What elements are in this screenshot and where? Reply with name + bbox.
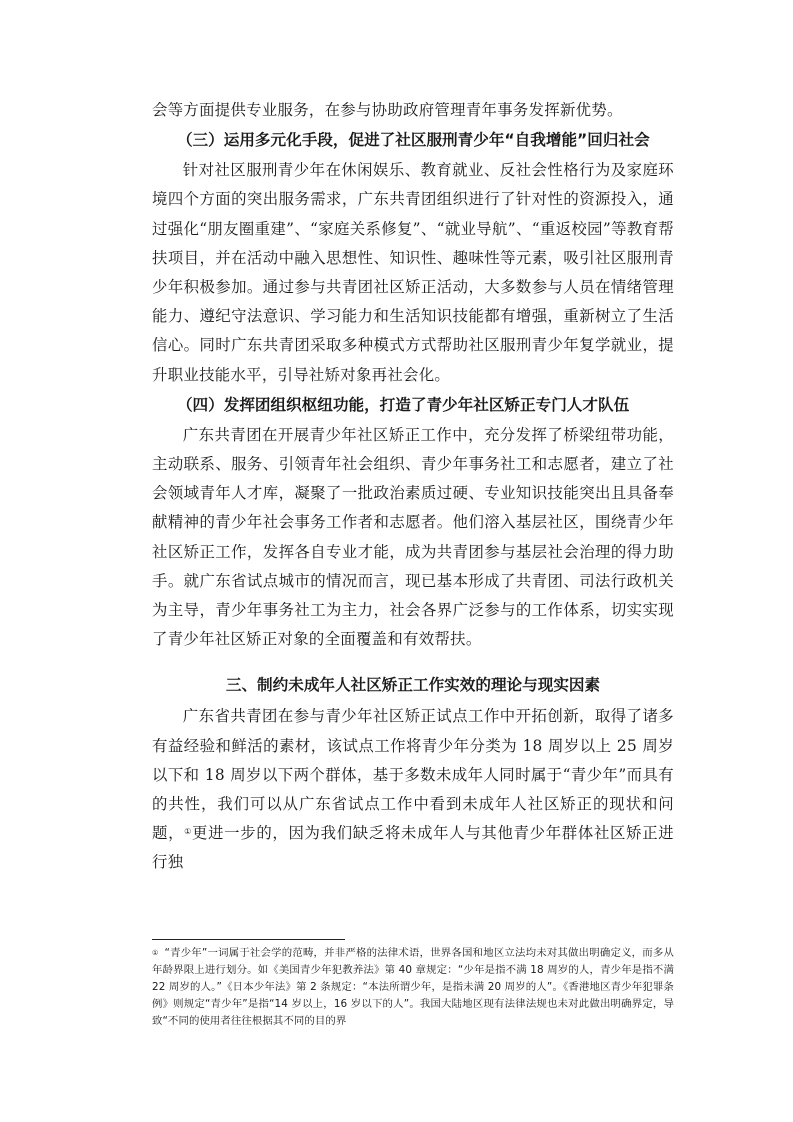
footnote-text: “青少年”一词属于社会学的范畴，并非严格的法律术语，世界各国和地区立法均未对其做… [152, 947, 674, 1027]
subsection-4-heading: （四）发挥团组织枢纽功能，打造了青少年社区矫正专门人才队伍 [152, 390, 674, 421]
subsection-3-heading: （三）运用多元化手段，促进了社区服刑青少年“自我增能”回归社会 [152, 125, 674, 156]
subsection-3-paragraph: 针对社区服刑青少年在休闲娱乐、教育就业、反社会性格行为及家庭环境四个方面的突出服… [152, 156, 674, 390]
continued-paragraph: 会等方面提供专业服务，在参与协助政府管理青年事务发挥新优势。 [152, 96, 674, 125]
subsection-4-paragraph: 广东共青团在开展青少年社区矫正工作中，充分发挥了桥梁纽带功能，主动联系、服务、引… [152, 421, 674, 655]
section-3-title: 三、制约未成年人社区矫正工作实效的理论与现实因素 [152, 670, 674, 700]
document-page: 会等方面提供专业服务，在参与协助政府管理青年事务发挥新优势。 （三）运用多元化手… [0, 0, 793, 1122]
footnote-separator [152, 939, 345, 940]
section-3-paragraph-part1: 广东省共青团在参与青少年社区矫正试点工作中开拓创新，取得了诸多有益经验和鲜活的素… [152, 707, 674, 842]
footnote: ①“青少年”一词属于社会学的范畴，并非严格的法律术语，世界各国和地区立法均未对其… [152, 945, 674, 1030]
section-3-paragraph-part2: 更进一步的，因为我们缺乏将未成年人与其他青少年群体社区矫正进行独 [152, 824, 674, 871]
body-text: 会等方面提供专业服务，在参与协助政府管理青年事务发挥新优势。 （三）运用多元化手… [152, 96, 674, 878]
footnote-mark: ① [152, 949, 159, 957]
section-3-paragraph: 广东省共青团在参与青少年社区矫正试点工作中开拓创新，取得了诸多有益经验和鲜活的素… [152, 702, 674, 877]
footnote-reference[interactable]: ① [184, 827, 192, 836]
